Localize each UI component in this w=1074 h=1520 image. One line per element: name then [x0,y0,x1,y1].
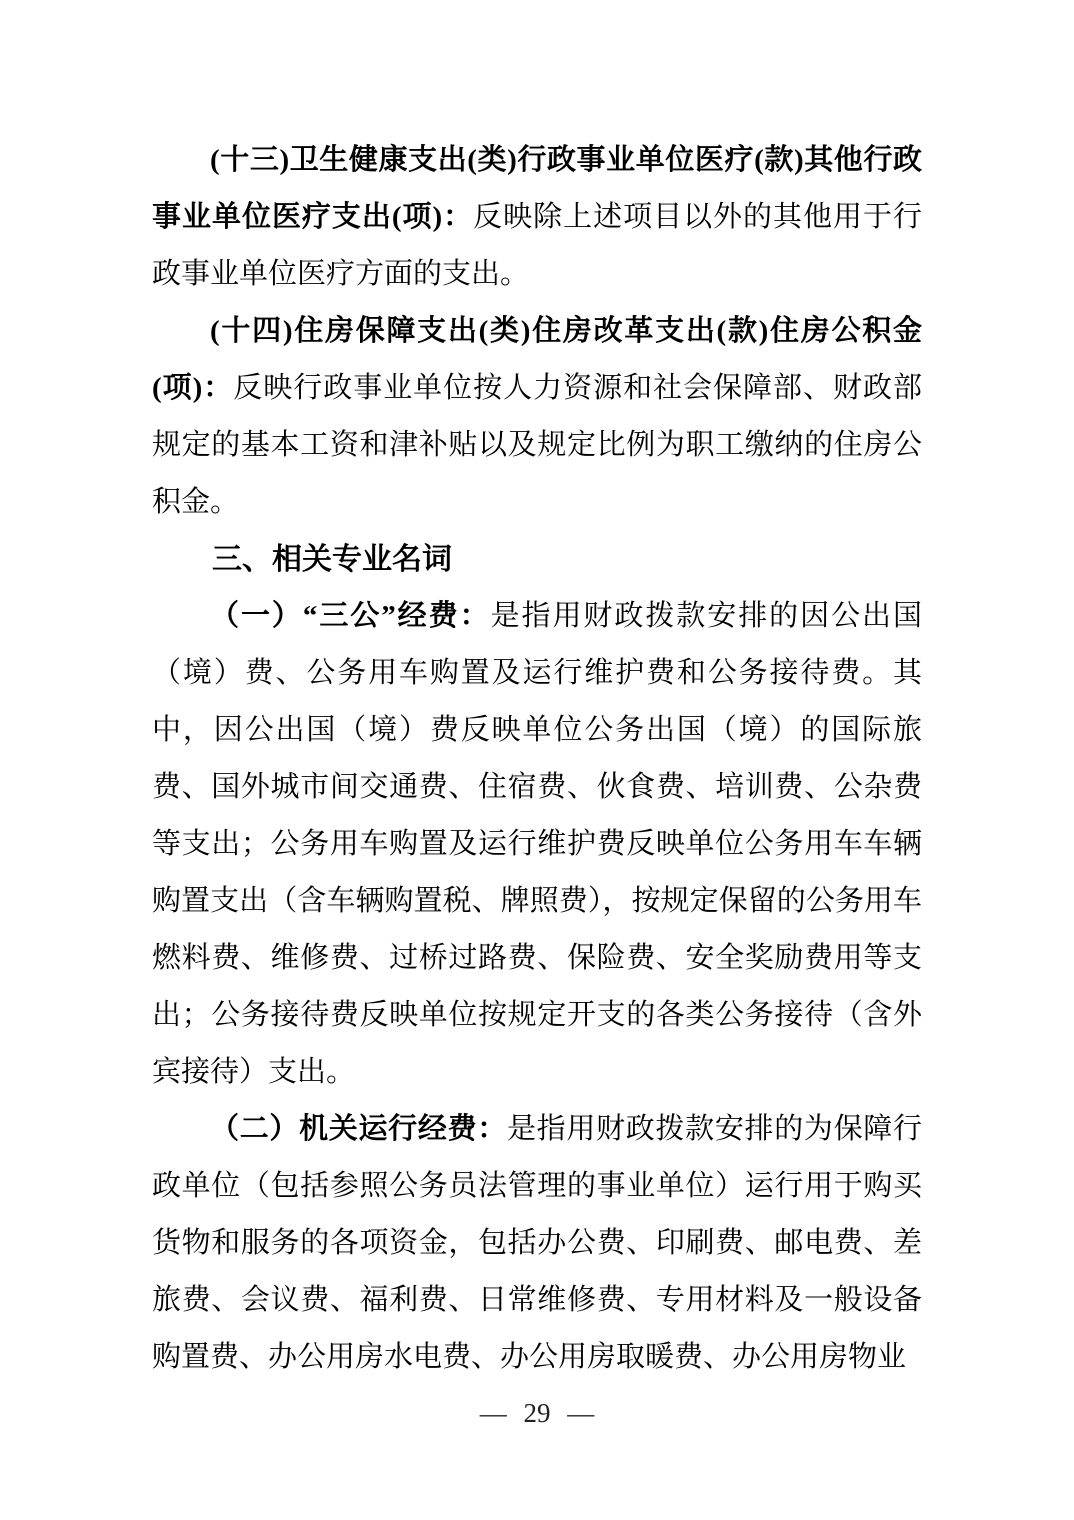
paragraph-item-14: (十四)住房保障支出(类)住房改革支出(款)住房公积金(项)：反映行政事业单位按… [152,303,922,531]
section-heading: 三、相关专业名词 [152,531,922,588]
paragraph-item-13: (十三)卫生健康支出(类)行政事业单位医疗(款)其他行政事业单位医疗支出(项)：… [152,132,922,303]
paragraph-item-14-text: 反映行政事业单位按人力资源和社会保障部、财政部规定的基本工资和津补贴以及规定比例… [152,372,922,518]
paragraph-term-1-lead: （一）“三公”经费： [210,600,491,632]
paragraph-term-2: （二）机关运行经费：是指用财政拨款安排的为保障行政单位（包括参照公务员法管理的事… [152,1101,922,1386]
paragraph-term-1: （一）“三公”经费：是指用财政拨款安排的因公出国（境）费、公务用车购置及运行维护… [152,588,922,1101]
paragraph-term-2-text: 是指用财政拨款安排的为保障行政单位（包括参照公务员法管理的事业单位）运行用于购买… [152,1113,922,1373]
document-page: (十三)卫生健康支出(类)行政事业单位医疗(款)其他行政事业单位医疗支出(项)：… [0,0,1074,1520]
page-footer: — 29 — [0,1398,1074,1429]
paragraph-term-2-lead: （二）机关运行经费： [210,1113,507,1145]
page-number: — 29 — [480,1398,595,1428]
paragraph-term-1-text: 是指用财政拨款安排的因公出国（境）费、公务用车购置及运行维护费和公务接待费。其中… [152,600,922,1088]
document-body: (十三)卫生健康支出(类)行政事业单位医疗(款)其他行政事业单位医疗支出(项)：… [152,132,922,1386]
